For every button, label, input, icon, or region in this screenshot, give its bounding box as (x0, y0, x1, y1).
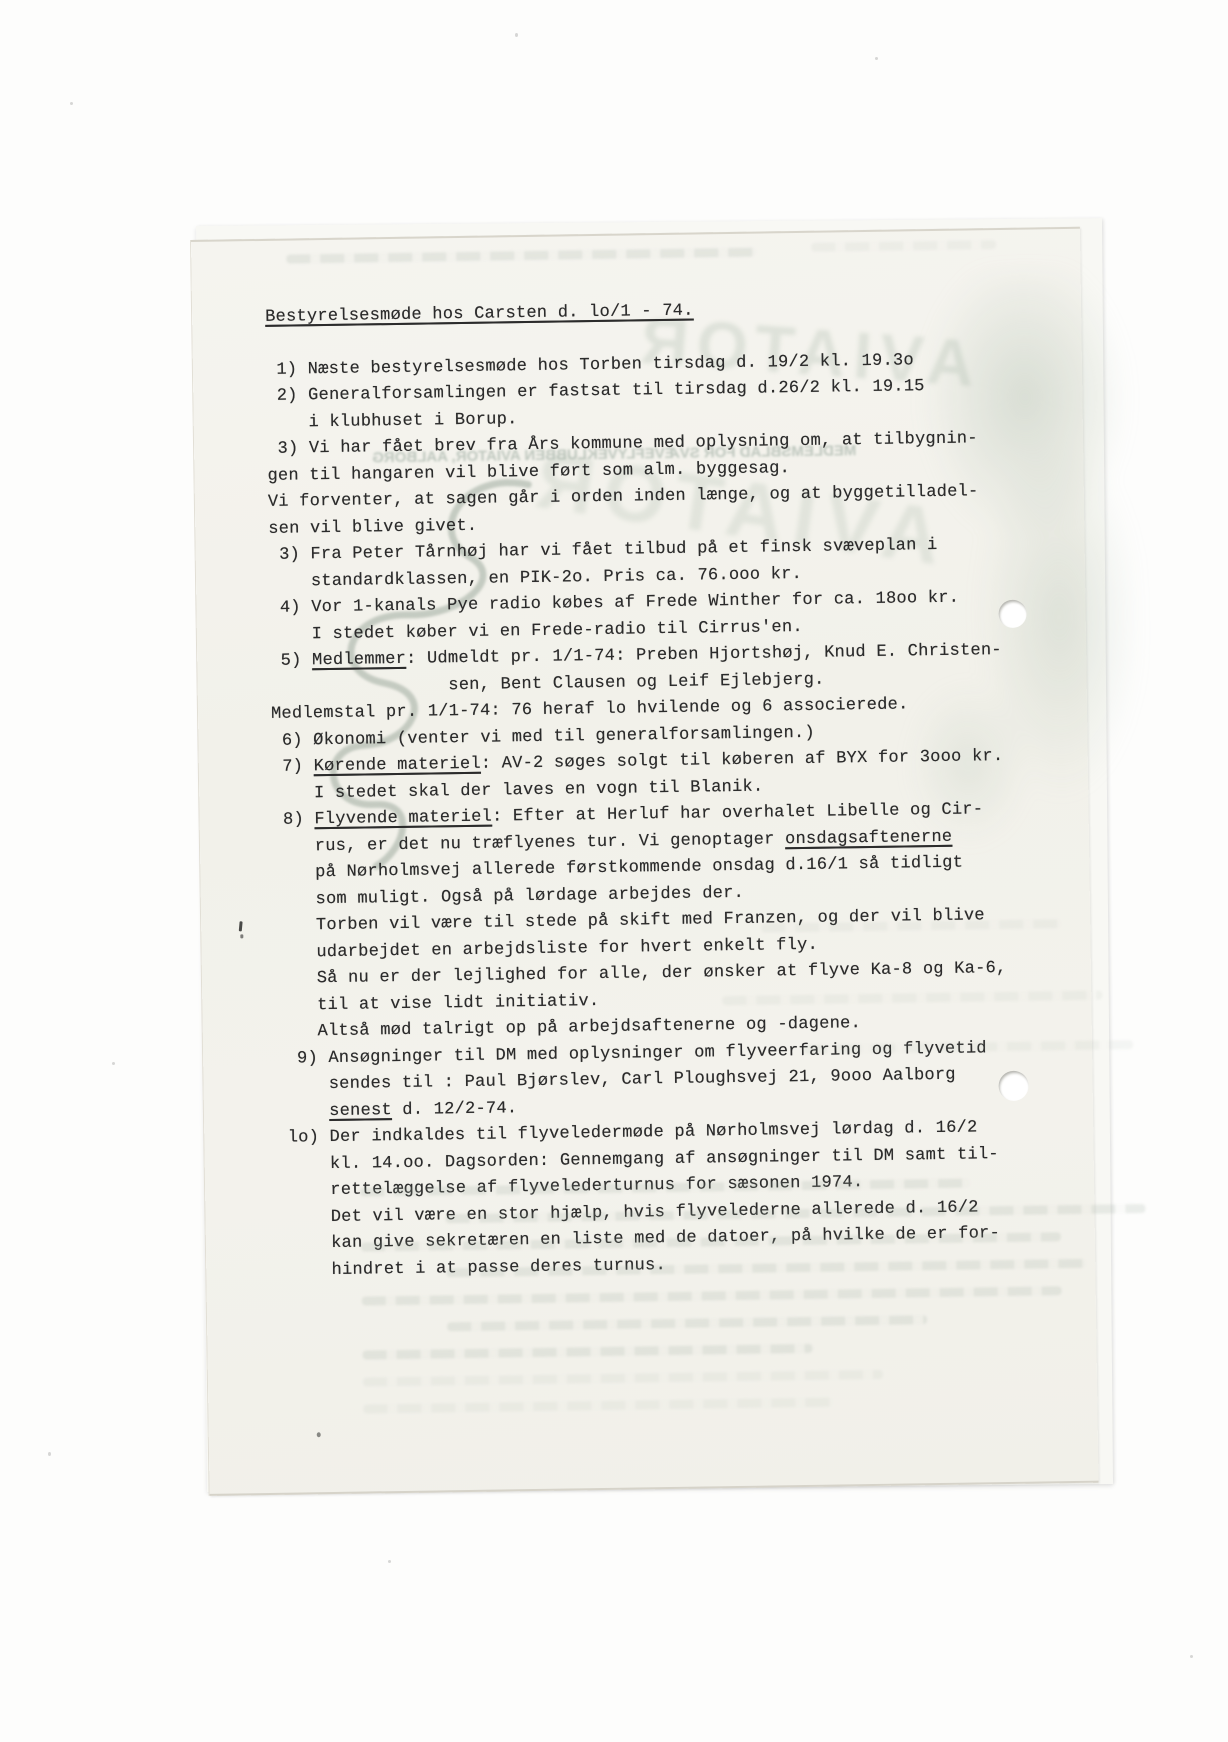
bleed-through-line (286, 248, 756, 264)
text-run: I stedet skal der laves en vogn til Blan… (272, 777, 763, 803)
text-run: standardklassen, en PIK-2o. Pris ca. 76.… (269, 564, 802, 591)
text-run: 2) Generalforsamlingen er fastsat til ti… (266, 377, 925, 406)
bleed-through-line (363, 1398, 833, 1414)
underlined-text: Medlemmer (312, 650, 406, 670)
underlined-text: onsdagsaftenerne (785, 827, 952, 848)
text-run: I stedet køber vi en Frede-radio til Cir… (270, 617, 803, 644)
scan-speck (48, 1452, 51, 1456)
text-run: rettelæggelse af flyvelederturnus for sæ… (278, 1173, 864, 1201)
document-body: Bestyrelsesmøde hos Carsten d. lo/1 - 74… (265, 293, 1069, 1285)
scan-speck (875, 57, 878, 60)
underlined-text: Flyvende materiel (314, 808, 492, 830)
text-run: d. 12/2-74. (392, 1099, 518, 1120)
text-run: 5) (270, 651, 312, 671)
text-run (277, 1102, 330, 1122)
text-run: sen, Bent Clausen og Leif Ejlebjerg. (271, 670, 825, 697)
text-run: som muligt. Også på lørdage arbejdes der… (274, 883, 745, 909)
text-run: Altså mød talrigt op på arbejdsaftenerne… (276, 1014, 862, 1042)
text-run: sen vil blive givet. (268, 516, 477, 538)
text-run: hindret i at passe deres turnus. (279, 1256, 666, 1281)
bleed-through-line (447, 1315, 927, 1331)
scan-speck (388, 1560, 391, 1563)
text-run: 7) (272, 757, 314, 777)
text-run: i klubhuset i Borup. (267, 410, 518, 433)
text-run: : Efter at Herluf har overhalet Libelle … (492, 800, 983, 826)
text-run: rus, er det nu træflyenes tur. Vi genopt… (273, 830, 785, 857)
text-run: 6) Økonomi (venter vi med til generalfor… (271, 723, 815, 750)
scan-speck (515, 33, 518, 37)
text-run: Medlemstal pr. 1/1-74: 76 heraf lo hvile… (271, 695, 909, 723)
underlined-text: Bestyrelsesmøde hos Carsten d. lo/1 - 74… (265, 302, 694, 327)
text-run: : Udmeldt pr. 1/1-74: Preben Hjortshøj, … (406, 641, 1002, 669)
scan-speck (1190, 1655, 1193, 1658)
text-run: : AV-2 søges solgt til køberen af BYX fo… (481, 747, 1004, 774)
margin-mark (239, 921, 243, 931)
scan-speck (70, 102, 73, 105)
document-lines: 1) Næste bestyrelsesmøde hos Torben tirs… (266, 346, 1070, 1285)
text-run: til at vise lidt initiativ. (275, 992, 599, 1016)
scan-speck (112, 1062, 115, 1065)
bleed-through-line (362, 1286, 1062, 1305)
bleed-through-line (811, 240, 996, 252)
text-run: gen til hangaren vil blive ført som alm.… (267, 459, 790, 486)
underlined-text: senest (329, 1101, 392, 1121)
margin-mark (240, 934, 243, 938)
document-title: Bestyrelsesmøde hos Carsten d. lo/1 - 74… (265, 293, 1055, 331)
text-run: 8) (272, 810, 314, 830)
bleed-through-line (363, 1370, 883, 1387)
page: AVIATOR AVIATOR MEDLEMSBLAD FOR SVÆVEFLY… (191, 227, 1099, 1496)
bleed-through-line (362, 1344, 812, 1360)
underlined-text: Kørende materiel (313, 755, 480, 776)
ink-speck (317, 1432, 321, 1437)
text-run: udarbejdet en arbejdsliste for hvert enk… (274, 935, 818, 962)
